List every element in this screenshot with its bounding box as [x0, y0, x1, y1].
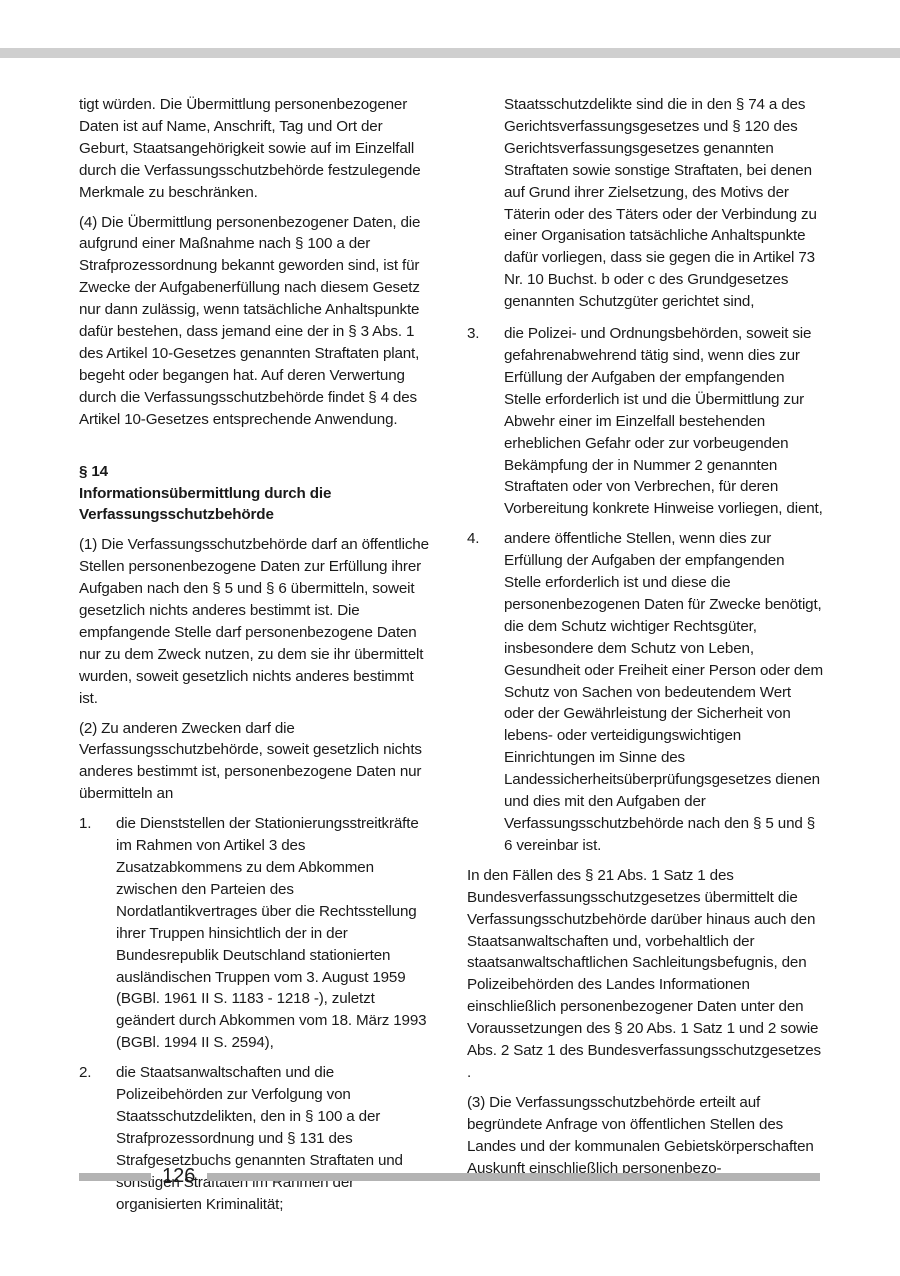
section-number: § 14 — [79, 461, 434, 483]
paragraph-1: (1) Die Verfassungsschutzbehörde darf an… — [79, 534, 434, 709]
header-rule — [0, 48, 900, 58]
section-title: Informationsübermittlung durch die Verfa… — [79, 483, 434, 527]
footer-rule-right — [207, 1173, 820, 1181]
list-item-text: die Polizei- und Ordnungsbehörden, sowei… — [504, 323, 823, 520]
list-item-number: 2. — [79, 1062, 116, 1215]
paragraph-4: (4) Die Übermittlung personenbezogener D… — [79, 212, 434, 431]
left-column: tigt würden. Die Übermittlung personenbe… — [79, 94, 434, 1224]
list-item-number: 1. — [79, 813, 116, 1054]
paragraph-3: (3) Die Verfassungsschutzbehörde erteilt… — [467, 1092, 823, 1180]
right-column: Staatsschutzdelikte sind die in den § 74… — [467, 94, 823, 1188]
list-item: 2. die Staatsanwaltschaften und die Poli… — [79, 1062, 434, 1215]
list-item-text: die Dienststellen der Stationierungsstre… — [116, 813, 434, 1054]
list-item-text: die Staatsanwaltschaften und die Polizei… — [116, 1062, 434, 1215]
list-item-number: 3. — [467, 323, 504, 520]
page-number: 126 — [162, 1164, 195, 1188]
paragraph-2: (2) Zu anderen Zwecken darf die Verfassu… — [79, 718, 434, 806]
list-item-2-continuation: Staatsschutzdelikte sind die in den § 74… — [467, 94, 823, 313]
list-item: 1. die Dienststellen der Stationierungss… — [79, 813, 434, 1054]
list-item: 4. andere öffentliche Stellen, wenn dies… — [467, 528, 823, 857]
list-item: 3. die Polizei- und Ordnungsbehörden, so… — [467, 323, 823, 520]
list-item-text: andere öffentliche Stellen, wenn dies zu… — [504, 528, 823, 857]
section-heading: § 14 Informationsübermittlung durch die … — [79, 461, 434, 527]
paragraph-cases: In den Fällen des § 21 Abs. 1 Satz 1 des… — [467, 865, 823, 1084]
paragraph-continuation: tigt würden. Die Übermittlung personenbe… — [79, 94, 434, 204]
footer-rule-left — [79, 1173, 151, 1181]
list-item-number: 4. — [467, 528, 504, 857]
